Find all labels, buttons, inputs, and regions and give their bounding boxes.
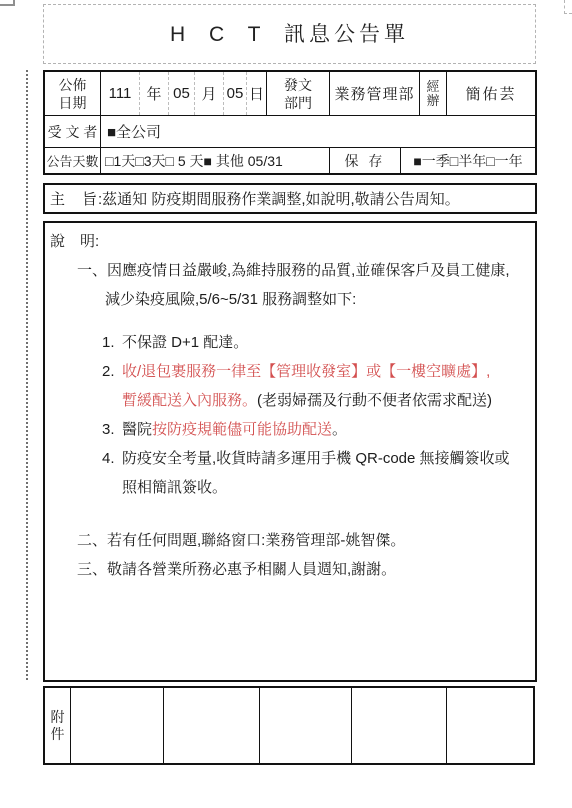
attachment-label: 附 件 bbox=[45, 688, 71, 763]
header-row-days: 公告天數 □1天□3天□ 5 天■ 其他 05/31 保 存 ■一季□半年□一年 bbox=[45, 147, 535, 173]
list-item-3: 3.醫院按防疫規範儘可能協助配送。 bbox=[102, 415, 535, 444]
item1-text: 不保證 D+1 配達。 bbox=[122, 334, 248, 351]
section1-number: 一、 bbox=[77, 262, 107, 279]
handler-label: 經 辦 bbox=[419, 72, 446, 115]
item2-number: 2. bbox=[102, 357, 116, 386]
item2-cont-note: (老弱婦孺及行動不便者依需求配送) bbox=[257, 392, 492, 409]
page-corner-mark-left bbox=[0, 0, 15, 6]
page-title: H C T 訊息公告單 bbox=[44, 18, 535, 48]
explanation-section-3: 三、敬請各營業所務必惠予相關人員週知,謝謝。 bbox=[45, 555, 535, 584]
retention-value: ■一季□半年□一年 bbox=[400, 148, 535, 173]
attachment-cell-5 bbox=[446, 688, 533, 763]
list-item-2: 2.收/退包裹服務一律至【管理收發室】或【一樓空曠處】, bbox=[102, 357, 535, 386]
item4-cont: 照相簡訊簽收。 bbox=[122, 479, 227, 496]
publish-date-label: 公佈 日期 bbox=[45, 72, 100, 115]
attachment-cell-2 bbox=[163, 688, 259, 763]
subject-text: :茲通知 防疫期間服務作業調整,如說明,敬請公告周知。 bbox=[98, 188, 460, 209]
section2-text: 若有任何問題,聯絡窗口:業務管理部-姚智傑。 bbox=[107, 532, 405, 549]
section2-number: 二、 bbox=[77, 532, 107, 549]
item3-red: 按防疫規範儘可能協助配送 bbox=[152, 421, 332, 438]
retention-label: 保 存 bbox=[329, 148, 400, 173]
date-day-value: 05 bbox=[223, 72, 246, 115]
attachment-cell-4 bbox=[351, 688, 446, 763]
announce-days-label: 公告天數 bbox=[45, 148, 100, 173]
title-frame: H C T 訊息公告單 bbox=[43, 4, 536, 64]
subject-box: 主 旨:茲通知 防疫期間服務作業調整,如說明,敬請公告周知。 bbox=[43, 183, 537, 214]
header-row-recipient: 受 文 者 ■全公司 bbox=[45, 115, 535, 147]
handler-value: 簡佑芸 bbox=[446, 72, 535, 115]
explanation-box: 說 明: 一、因應疫情日益嚴峻,為維持服務的品質,並確保客戶及員工健康, 減少染… bbox=[43, 221, 537, 682]
date-year-value: 111 bbox=[101, 72, 139, 115]
header-table: 公佈 日期 111 年 05 月 05 日 發文 部門 業務管理部 bbox=[43, 70, 537, 175]
section1-line2: 減少染疫風險,5/6~5/31 服務調整如下: bbox=[77, 285, 535, 314]
item2-text-red: 收/退包裹服務一律至【管理收發室】或【一樓空曠處】, bbox=[122, 363, 490, 380]
item3-period: 。 bbox=[332, 421, 347, 438]
announce-days-value: □1天□3天□ 5 天■ 其他 05/31 bbox=[100, 148, 329, 173]
explanation-section-2: 二、若有任何問題,聯絡窗口:業務管理部-姚智傑。 bbox=[45, 526, 535, 555]
section1-line1: 因應疫情日益嚴峻,為維持服務的品質,並確保客戶及員工健康, bbox=[107, 262, 510, 279]
adjustment-list: 1.不保證 D+1 配達。 2.收/退包裹服務一律至【管理收發室】或【一樓空曠處… bbox=[45, 328, 535, 502]
attachment-table: 附 件 bbox=[43, 686, 535, 765]
publish-date-value: 111 年 05 月 05 日 bbox=[100, 72, 266, 115]
item1-number: 1. bbox=[102, 328, 116, 357]
recipient-label: 受 文 者 bbox=[45, 116, 100, 147]
issuing-dept-value: 業務管理部 bbox=[329, 72, 419, 115]
list-item-2-continued: 暫緩配送入內服務。(老弱婦孺及行動不便者依需求配送) bbox=[102, 386, 535, 415]
list-item-1: 1.不保證 D+1 配達。 bbox=[102, 328, 535, 357]
date-year-unit: 年 bbox=[139, 72, 168, 115]
item3-prefix: 醫院 bbox=[122, 421, 152, 438]
item4-number: 4. bbox=[102, 444, 116, 473]
announcement-form-page: H C T 訊息公告單 公佈 日期 111 年 05 月 05 日 發文 bbox=[0, 0, 572, 808]
date-day-unit: 日 bbox=[246, 72, 266, 115]
issuing-dept-label: 發文 部門 bbox=[266, 72, 329, 115]
explanation-heading: 說 明: bbox=[45, 223, 535, 251]
subject-label: 主 旨 bbox=[50, 188, 98, 209]
text-boundary-rule bbox=[26, 70, 28, 680]
section3-text: 敬請各營業所務必惠予相關人員週知,謝謝。 bbox=[107, 561, 396, 578]
item3-number: 3. bbox=[102, 415, 116, 444]
item2-cont-red: 暫緩配送入內服務。 bbox=[122, 392, 257, 409]
section3-number: 三、 bbox=[77, 561, 107, 578]
date-month-unit: 月 bbox=[194, 72, 223, 115]
attachment-cell-3 bbox=[259, 688, 351, 763]
explanation-section-1: 一、因應疫情日益嚴峻,為維持服務的品質,並確保客戶及員工健康, 減少染疫風險,5… bbox=[45, 256, 535, 314]
header-row-date: 公佈 日期 111 年 05 月 05 日 發文 部門 業務管理部 bbox=[45, 72, 535, 115]
item4-text: 防疫安全考量,收貨時請多運用手機 QR-code 無接觸簽收或 bbox=[122, 450, 510, 467]
date-month-value: 05 bbox=[168, 72, 194, 115]
list-item-4: 4.防疫安全考量,收貨時請多運用手機 QR-code 無接觸簽收或 bbox=[102, 444, 535, 473]
list-item-4-continued: 照相簡訊簽收。 bbox=[102, 473, 535, 502]
attachment-cell-1 bbox=[71, 688, 163, 763]
recipient-value: ■全公司 bbox=[100, 116, 535, 147]
page-corner-mark-right bbox=[564, 0, 572, 14]
